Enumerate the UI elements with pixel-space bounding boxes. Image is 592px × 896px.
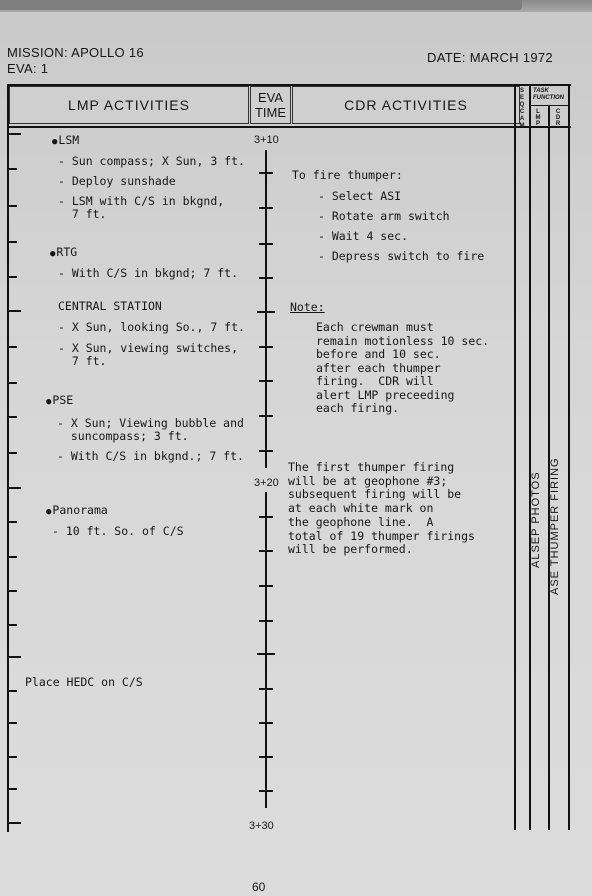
divider-right (568, 84, 570, 830)
left-tick (7, 788, 17, 790)
left-tick (7, 556, 17, 558)
cdr-note-label: Note: (290, 301, 325, 314)
task-function-divider (529, 105, 570, 106)
eva-tick (259, 450, 273, 452)
lmp-rtg-title: RTG (50, 246, 77, 261)
left-tick (7, 133, 21, 135)
task-lmp-alsep-photos: ALSEP PHOTOS (530, 471, 542, 568)
eva-tick (259, 620, 273, 622)
cdr-firing-text: The first thumper firing will be at geop… (288, 461, 475, 557)
task-cdr-ase-thumper-firing: ASE THUMPER FIRING (549, 457, 561, 595)
lmp-central-station-title: CENTRAL STATION (58, 300, 162, 313)
eva-time-axis-upper (265, 150, 267, 468)
eva-tick (257, 311, 275, 313)
lmp-cs-item: - X Sun, viewing switches, 7 ft. (58, 342, 238, 368)
eva-time-header: EVA TIME (250, 86, 291, 124)
seq-cam-header: SEQCAM (516, 88, 528, 130)
left-tick (7, 416, 17, 418)
cdr-thumper-step: - Select ASI (318, 190, 401, 203)
eva-tick (259, 516, 273, 518)
lmp-pse-item: - With C/S in bkgnd.; 7 ft. (57, 450, 244, 463)
eva-tick (259, 277, 273, 279)
eva-label: EVA: 1 (7, 61, 48, 76)
cdr-thumper-step: - Depress switch to fire (318, 250, 484, 263)
left-tick (7, 690, 17, 692)
task-cdr-header: CDR (553, 109, 563, 127)
lmp-rtg-item: - With C/S in bkgnd; 7 ft. (58, 267, 238, 280)
lmp-pse-item: - X Sun; Viewing bubble and suncompass; … (57, 417, 244, 443)
eva-tick (259, 756, 273, 758)
eva-tick (259, 346, 273, 348)
left-tick (7, 521, 17, 523)
left-tick (7, 241, 17, 243)
eva-tick (259, 688, 273, 690)
left-tick (7, 205, 17, 207)
column-header-row: LMP ACTIVITIES EVA TIME CDR ACTIVITIES (7, 84, 571, 128)
eva-time-axis-lower (265, 492, 267, 808)
left-tick (7, 452, 17, 454)
eva-time-start: 3+10 (254, 134, 279, 146)
eva-tick (259, 380, 273, 382)
divider-task-lmp (529, 84, 531, 830)
eva-tick (259, 722, 273, 724)
cdr-thumper-step: - Wait 4 sec. (318, 230, 408, 243)
lmp-hedc: Place HEDC on C/S (25, 676, 143, 689)
lmp-panorama-item: - 10 ft. So. of C/S (52, 525, 184, 538)
eva-tick (259, 172, 273, 174)
lmp-lsm-item: - Sun compass; X Sun, 3 ft. (58, 155, 245, 168)
lmp-lsm-title: LSM (52, 134, 79, 149)
eva-time-mid: 3+20 (254, 477, 279, 489)
left-tick (7, 382, 17, 384)
eva-tick (257, 653, 275, 655)
lmp-cs-item: - X Sun, looking So., 7 ft. (58, 321, 245, 334)
left-tick (7, 487, 21, 489)
left-tick (7, 276, 17, 278)
left-tick (7, 310, 21, 312)
eva-tick (259, 243, 273, 245)
divider-seq-cam (514, 84, 516, 830)
eva-time-header-line1: EVA (258, 90, 283, 105)
mission-label: MISSION: APOLLO 16 (7, 45, 144, 60)
left-tick (7, 624, 17, 626)
lmp-lsm-item: - Deploy sunshade (58, 175, 176, 188)
left-tick (7, 722, 17, 724)
cdr-thumper-step: - Rotate arm switch (318, 210, 450, 223)
eva-tick (259, 550, 273, 552)
eva-tick (259, 207, 273, 209)
eva-time-end: 3+30 (249, 820, 274, 832)
overlapping-card (0, 0, 522, 10)
lmp-lsm-item: - LSM with C/S in bkgnd, 7 ft. (58, 195, 224, 221)
left-tick (7, 346, 17, 348)
eva-tick (259, 585, 273, 587)
left-tick (7, 168, 17, 170)
task-lmp-header: LMP (533, 109, 543, 127)
lmp-pse-title: PSE (46, 394, 73, 409)
cdr-thumper-title: To fire thumper: (292, 169, 403, 182)
page-number: 60 (252, 880, 265, 894)
lmp-panorama-title: Panorama (46, 504, 108, 519)
task-function-header: TASK FUNCTION (533, 88, 569, 102)
lmp-activities-header: LMP ACTIVITIES (9, 86, 249, 124)
eva-tick (259, 790, 273, 792)
cdr-note-text: Each crewman must remain motionless 10 s… (316, 321, 489, 416)
date-label: DATE: MARCH 1972 (427, 50, 553, 65)
left-tick (7, 822, 21, 824)
left-tick (7, 656, 21, 658)
eva-time-header-line2: TIME (255, 105, 286, 120)
left-tick (7, 590, 17, 592)
eva-tick (259, 415, 273, 417)
cdr-activities-header: CDR ACTIVITIES (292, 86, 520, 124)
left-tick (7, 756, 17, 758)
